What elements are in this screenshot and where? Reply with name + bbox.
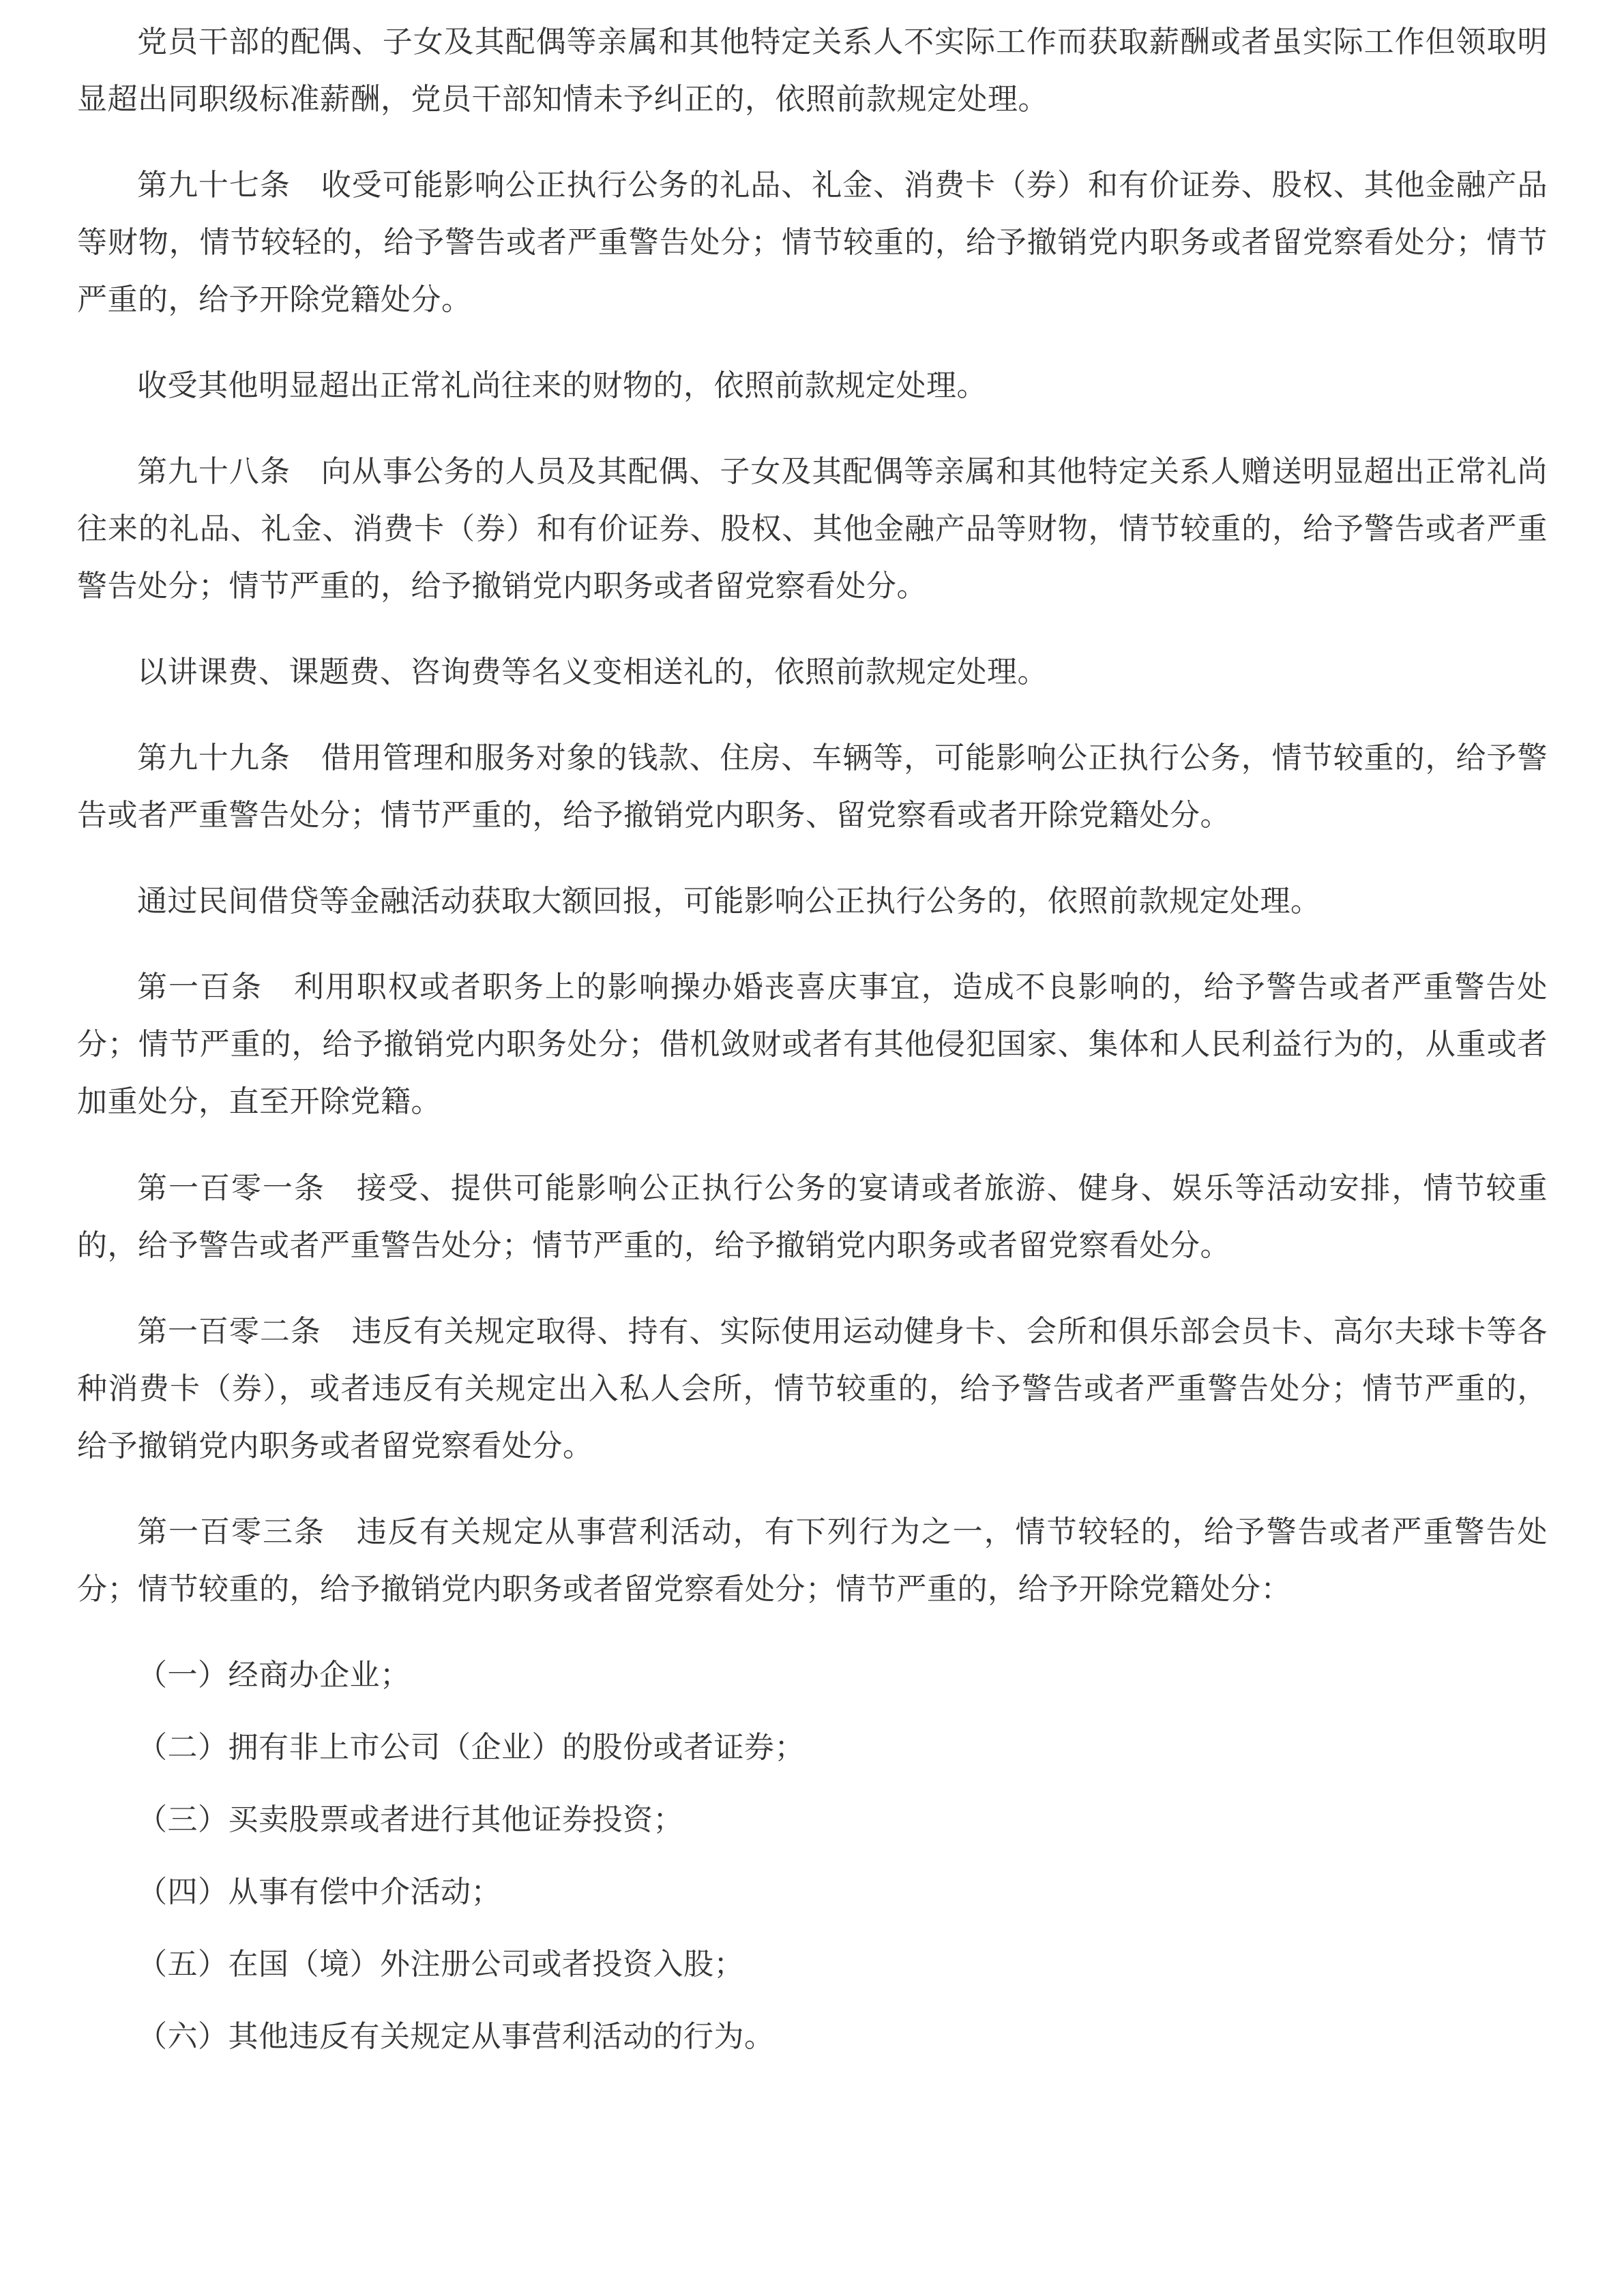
article-103-paragraph: 第一百零三条 违反有关规定从事营利活动，有下列行为之一，情节较轻的，给予警告或者…	[77, 1504, 1548, 1618]
list-item-2: （二）拥有非上市公司（企业）的股份或者证券；	[77, 1719, 1548, 1776]
article-99-supplement-paragraph: 通过民间借贷等金融活动获取大额回报，可能影响公正执行公务的，依照前款规定处理。	[77, 873, 1548, 930]
list-item-1: （一）经商办企业；	[77, 1647, 1548, 1704]
article-98-paragraph: 第九十八条 向从事公务的人员及其配偶、子女及其配偶等亲属和其他特定关系人赠送明显…	[77, 443, 1548, 615]
article-102-paragraph: 第一百零二条 违反有关规定取得、持有、实际使用运动健身卡、会所和俱乐部会员卡、高…	[77, 1303, 1548, 1475]
paragraph-salary-supplement: 党员干部的配偶、子女及其配偶等亲属和其他特定关系人不实际工作而获取薪酬或者虽实际…	[77, 14, 1548, 128]
article-97-paragraph: 第九十七条 收受可能影响公正执行公务的礼品、礼金、消费卡（券）和有价证券、股权、…	[77, 157, 1548, 329]
article-98-supplement-paragraph: 以讲课费、课题费、咨询费等名义变相送礼的，依照前款规定处理。	[77, 644, 1548, 701]
list-item-3: （三）买卖股票或者进行其他证券投资；	[77, 1791, 1548, 1849]
list-item-6: （六）其他违反有关规定从事营利活动的行为。	[77, 2008, 1548, 2066]
article-101-paragraph: 第一百零一条 接受、提供可能影响公正执行公务的宴请或者旅游、健身、娱乐等活动安排…	[77, 1160, 1548, 1274]
document-body: 党员干部的配偶、子女及其配偶等亲属和其他特定关系人不实际工作而获取薪酬或者虽实际…	[0, 0, 1624, 2066]
article-100-paragraph: 第一百条 利用职权或者职务上的影响操办婚丧喜庆事宜，造成不良影响的，给予警告或者…	[77, 959, 1548, 1131]
list-item-5: （五）在国（境）外注册公司或者投资入股；	[77, 1936, 1548, 1993]
article-97-supplement-paragraph: 收受其他明显超出正常礼尚往来的财物的，依照前款规定处理。	[77, 357, 1548, 415]
article-99-paragraph: 第九十九条 借用管理和服务对象的钱款、住房、车辆等，可能影响公正执行公务，情节较…	[77, 730, 1548, 844]
list-item-4: （四）从事有偿中介活动；	[77, 1864, 1548, 1921]
